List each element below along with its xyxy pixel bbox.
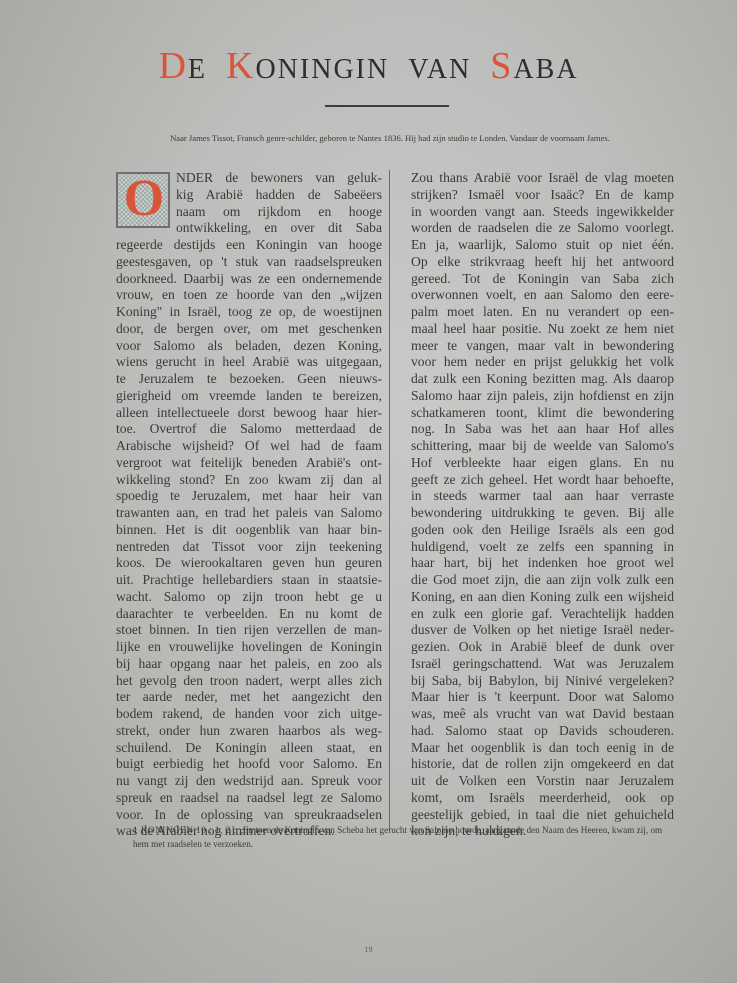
text-line: En ja, waarlijk, Salomo stuit op niet éé… — [411, 237, 674, 254]
text-line: geeft ze zich geheel. Het wordt haar beh… — [411, 472, 674, 489]
text-line: wiens gerucht in heel Arabië was uitgega… — [116, 354, 382, 371]
left-column: NDER de bewoners van geluk-kig Arabië ha… — [116, 170, 382, 840]
column-divider — [389, 170, 390, 830]
text-line: Hof verbleekte haar eigen glans. En nu — [411, 455, 674, 472]
text-line: gierigheid om vreemde landen te bereizen… — [116, 388, 382, 405]
text-line: voor. In de oplossing van spreukraadsele… — [116, 807, 382, 824]
text-line: was, meê als vrucht van wat David bestaa… — [411, 706, 674, 723]
text-line: regeerde destijds een Koningin van hooge — [116, 237, 382, 254]
text-line: nu vangt zij den wedstrijd aan. Spreuk v… — [116, 773, 382, 790]
text-line: Maar het oogenblik is dan toch eenig in … — [411, 740, 674, 757]
text-line: in woorden vangt aan. Steeds ingewikkeld… — [411, 204, 674, 221]
text-line: alleen intellectueele dorst bewoog haar … — [116, 405, 382, 422]
text-line: gereed. Tot de Koningin van Saba zich — [411, 271, 674, 288]
text-line: binnen. Het is dit oogenblik van haar bi… — [116, 522, 382, 539]
text-line: trawanten aan, en trad het paleis van Sa… — [116, 505, 382, 522]
text-line: Zou thans Arabië voor Israël de vlag moe… — [411, 170, 674, 187]
text-line: had. Salomo staat op Davids schouderen. — [411, 723, 674, 740]
text-line: wikkeling stond? En zoo kwam zij dan al — [116, 472, 382, 489]
text-line: ontwikkeling, en over dit Saba — [116, 220, 382, 237]
text-line: bewondering uitdrukking te geven. Bij al… — [411, 505, 674, 522]
text-line: spreuk en raadsel na raadsel legt ze Sal… — [116, 790, 382, 807]
text-line: geestesgaven, op 't stuk van raadselspre… — [116, 254, 382, 271]
text-line: spoedig te Jeruzalem, met haar heir van — [116, 488, 382, 505]
text-line: doorkneed. Daarbij was ze een ondernemen… — [116, 271, 382, 288]
text-line: het gevolg den troon nadert, werpt alles… — [116, 673, 382, 690]
text-line: te Jeruzalem te bezoeken. Geen nieuws- — [116, 371, 382, 388]
text-line: en zulk een glorie gaf. Verachtelijk had… — [411, 606, 674, 623]
text-line: strijken? Ismaël voor Isaäc? En de kamp — [411, 187, 674, 204]
text-line: stoet binnen. In tien rijen verzellen de… — [116, 622, 382, 639]
text-line: bodem rakend, de handen voor zich uitge- — [116, 706, 382, 723]
text-line: buigt eerbiedig het hoofd voor Salomo. E… — [116, 756, 382, 773]
text-line: voor Salomo als beladen, dezen Koning, — [116, 338, 382, 355]
text-line: Maar hier is 't keerpunt. Door wat Salom… — [411, 689, 674, 706]
text-line: die God moet zijn, die aan zijn volk zul… — [411, 572, 674, 589]
text-line: Koning" in Israël, toog ze op, de woesti… — [116, 304, 382, 321]
text-line: bij Saba, bij Babylon, bij Ninivé vergel… — [411, 673, 674, 690]
text-line: Koning, en aan dien Koning zulk een wijs… — [411, 589, 674, 606]
text-line: door, de bergen over, om met geschenken — [116, 321, 382, 338]
text-line: Israël geringschattend. Wat was Jeruzale… — [411, 656, 674, 673]
text-line: goden ook den Heilige Israëls als een go… — [411, 522, 674, 539]
text-line: schuilend. De Koningin alleen staat, en — [116, 740, 382, 757]
text-line: nog. In Saba was het aan haar Hof alles — [411, 421, 674, 438]
text-line: nentreden dat Tissot voor zijn teekening — [116, 539, 382, 556]
text-line: dusver de Volken op het nietige Israël n… — [411, 622, 674, 639]
text-line: lijke en vrouwelijke hovelingen de Konin… — [116, 639, 382, 656]
text-line: NDER de bewoners van geluk- — [116, 170, 382, 187]
page-number: 19 — [0, 945, 737, 954]
text-line: voor hem neder en prijst gelukkig het vo… — [411, 354, 674, 371]
text-line: ter aarde neder, met het aangezicht den — [116, 689, 382, 706]
text-line: palm moet laten. En nu verandert op een- — [411, 304, 674, 321]
title-word-koningin: KONINGIN — [226, 54, 389, 85]
footnote-reference: 1 KONINGEN 10 : 1, 2 : — [133, 825, 237, 835]
text-line: toe. Overtrof die Salomo metterdaad de — [116, 421, 382, 438]
epigraph: Naar James Tissot, Fransch genre-schilde… — [120, 133, 660, 143]
text-line: worden de raadselen die ze Salomo voorle… — [411, 220, 674, 237]
book-page: DE KONINGIN VAN SABA Naar James Tissot, … — [0, 0, 737, 983]
text-line: Arabische wijsheid? Of wel had de faam — [116, 438, 382, 455]
text-line: komt, om Israëls meerderheid, ook op — [411, 790, 674, 807]
title-word-van: VAN — [408, 54, 471, 85]
text-line: haar hart, bij het indenken hoe groot we… — [411, 555, 674, 572]
text-line: strekt, onder hun zwaren haarbos als weg… — [116, 723, 382, 740]
text-line: overwonnen voelt, en aan Salomo den eere… — [411, 287, 674, 304]
text-line: dat zulk een Koning bezitten mag. Als da… — [411, 371, 674, 388]
text-line: uit. Prachtige hellebardiers staan in st… — [116, 572, 382, 589]
text-line: Op elke strikvraag heeft hij het antwoor… — [411, 254, 674, 271]
text-line: geestelijk gebied, in taal die niet gehu… — [411, 807, 674, 824]
text-line: gezien. Ook in Arabië bleef de dunk over — [411, 639, 674, 656]
text-line: vrouw, en toen ze hoorde van den „wijzen — [116, 287, 382, 304]
text-line: uit de Volken een Vorstin naar Jeruzalem — [411, 773, 674, 790]
text-line: Salomo haar zijn paleis, zijn hofdienst … — [411, 388, 674, 405]
footnote: 1 KONINGEN 10 : 1, 2 : „En toen de Konin… — [133, 823, 663, 851]
page-title: DE KONINGIN VAN SABA — [0, 44, 737, 88]
text-line: bij haar opgang naar het paleis, en zoo … — [116, 656, 382, 673]
text-line: schittering, maar bij de weelde van Salo… — [411, 438, 674, 455]
text-line: kig Arabië hadden de Sabeëers — [116, 187, 382, 204]
text-line: meer te vangen, maar valt in bewondering — [411, 338, 674, 355]
text-line: vergroot wat feitelijk beneden Arabië's … — [116, 455, 382, 472]
text-line: in steeds warmer taal aan haar verraste — [411, 488, 674, 505]
title-word-saba: SABA — [490, 54, 578, 85]
text-line: naam om rijkdom en hooge — [116, 204, 382, 221]
text-line: huldigend, voelt ze zelfs een spanning i… — [411, 539, 674, 556]
right-column: Zou thans Arabië voor Israël de vlag moe… — [411, 170, 674, 840]
text-line: maal heel haar positie. Nu zoekt ze hem … — [411, 321, 674, 338]
title-word-de: DE — [158, 54, 207, 85]
text-line: daarachter te verbeelden. En nu komt de — [116, 606, 382, 623]
text-line: wacht. Salomo op zijn troon hebt ge u — [116, 589, 382, 606]
title-divider-rule — [325, 105, 449, 107]
text-line: koos. De wierookaltaren geven hun geuren — [116, 555, 382, 572]
text-line: schatkameren toont, klimt die bewonderin… — [411, 405, 674, 422]
text-line: historie, dat de rollen zijn omgekeerd e… — [411, 756, 674, 773]
